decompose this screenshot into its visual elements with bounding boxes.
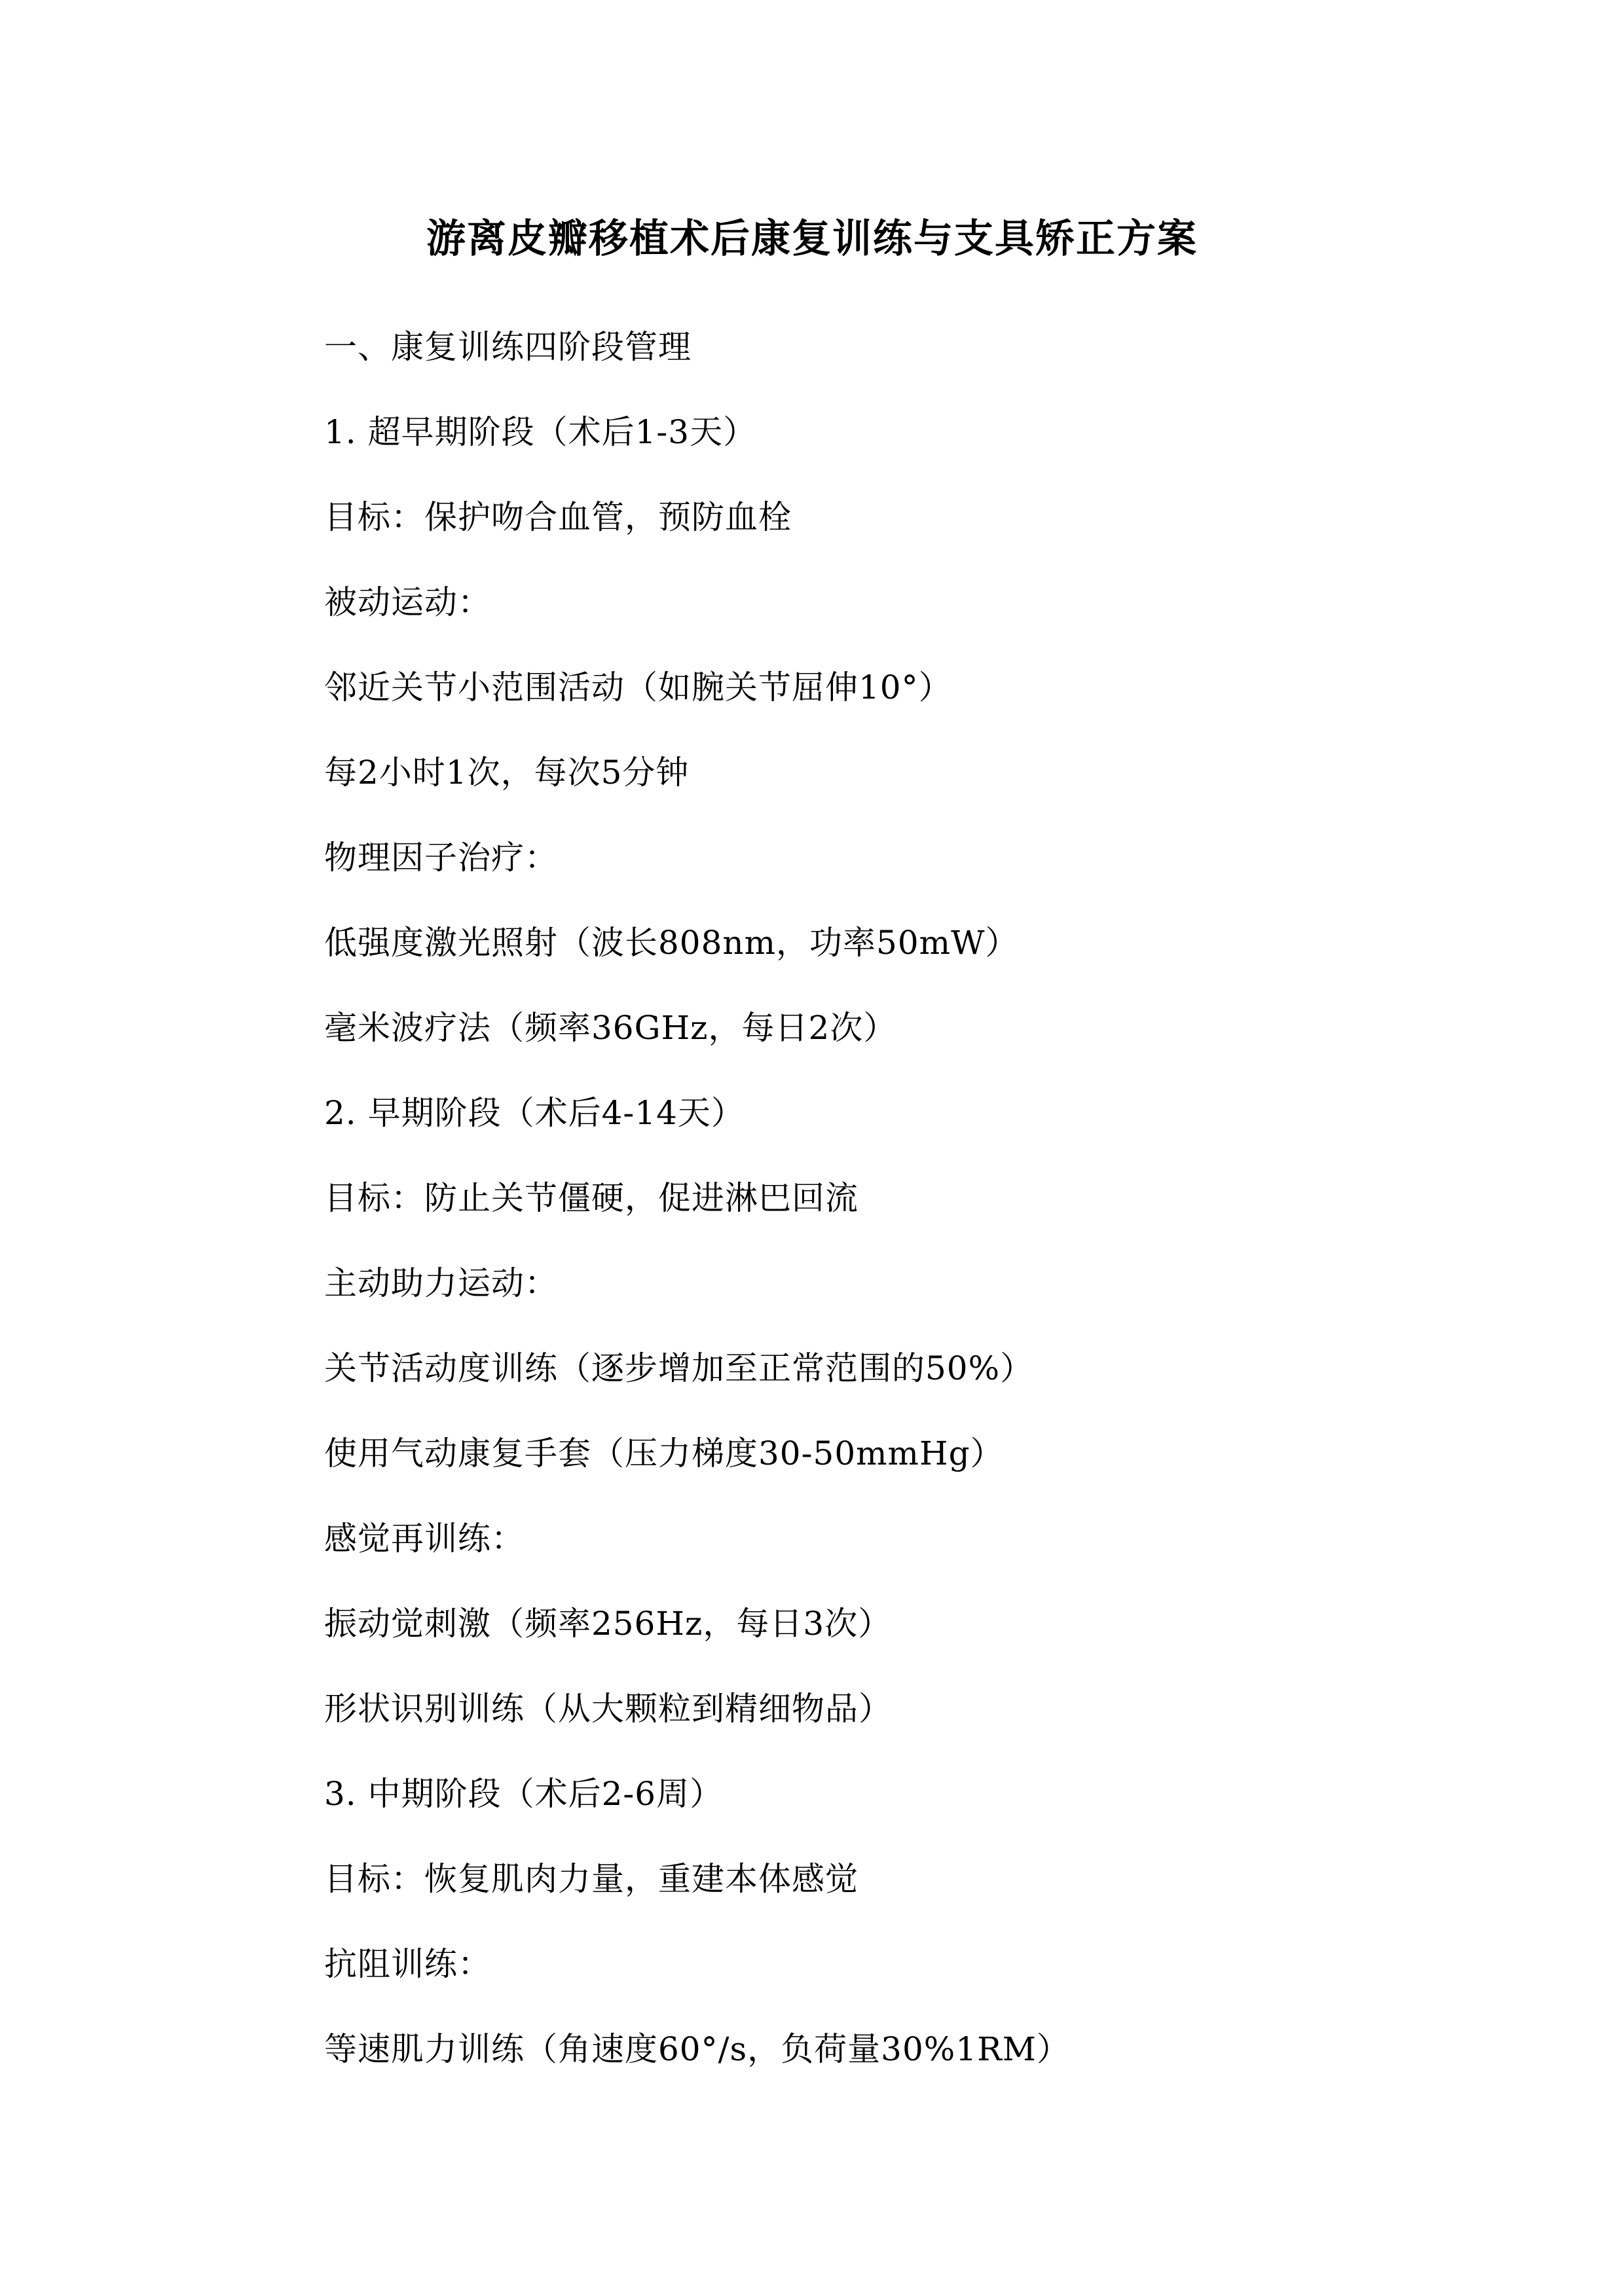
document-page: 游离皮瓣移植术后康复训练与支具矫正方案 一、康复训练四阶段管理 1. 超早期阶段… [0, 0, 1624, 2296]
subheading: 被动运动： [324, 560, 1437, 645]
paragraph: 等速肌力训练（角速度60°/s，负荷量30%1RM） [324, 2007, 1437, 2092]
stage-heading: 3. 中期阶段（术后2-6周） [324, 1751, 1437, 1836]
stage-goal: 目标：防止关节僵硬，促进淋巴回流 [324, 1156, 1437, 1241]
stage-heading: 2. 早期阶段（术后4-14天） [324, 1070, 1437, 1156]
stage-goal: 目标：保护吻合血管，预防血栓 [324, 475, 1437, 560]
paragraph: 低强度激光照射（波长808nm，功率50mW） [324, 900, 1437, 985]
paragraph: 形状识别训练（从大颗粒到精细物品） [324, 1666, 1437, 1751]
section-heading: 一、康复训练四阶段管理 [324, 304, 1437, 390]
document-body: 一、康复训练四阶段管理 1. 超早期阶段（术后1-3天） 目标：保护吻合血管，预… [324, 304, 1437, 2092]
paragraph: 关节活动度训练（逐步增加至正常范围的50%） [324, 1326, 1437, 1411]
paragraph: 使用气动康复手套（压力梯度30-50mmHg） [324, 1411, 1437, 1496]
paragraph: 毫米波疗法（频率36GHz，每日2次） [324, 985, 1437, 1070]
stage-heading: 1. 超早期阶段（术后1-3天） [324, 390, 1437, 475]
paragraph: 邻近关节小范围活动（如腕关节屈伸10°） [324, 645, 1437, 730]
subheading: 感觉再训练： [324, 1496, 1437, 1581]
subheading: 抗阻训练： [324, 1922, 1437, 2007]
subheading: 物理因子治疗： [324, 815, 1437, 900]
paragraph: 振动觉刺激（频率256Hz，每日3次） [324, 1581, 1437, 1666]
document-title: 游离皮瓣移植术后康复训练与支具矫正方案 [0, 213, 1624, 265]
subheading: 主动助力运动： [324, 1241, 1437, 1326]
paragraph: 每2小时1次，每次5分钟 [324, 730, 1437, 815]
stage-goal: 目标：恢复肌肉力量，重建本体感觉 [324, 1836, 1437, 1922]
